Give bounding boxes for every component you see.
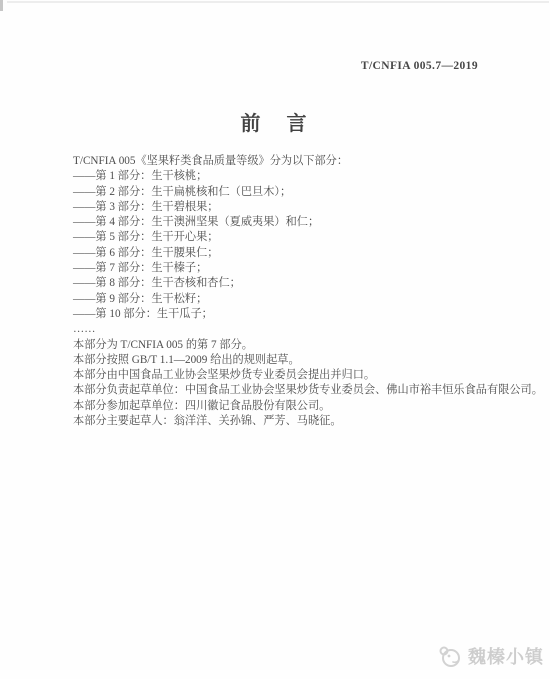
foreword-body: T/CNFIA 005《坚果籽类食品质量等级》分为以下部分： ——第 1 部分：… — [73, 154, 500, 429]
page-title: 前 言 — [0, 107, 550, 136]
part-item: ——第 3 部分：生干碧根果； — [73, 200, 500, 215]
part-item: ——第 9 部分：生干松籽； — [73, 292, 500, 307]
ellipsis-line: …… — [73, 322, 500, 337]
foreword-paragraph: 本部分按照 GB/T 1.1—2009 给出的规则起草。 — [73, 353, 500, 368]
intro-line: T/CNFIA 005《坚果籽类食品质量等级》分为以下部分： — [73, 154, 500, 169]
foreword-paragraph: 本部分由中国食品工业协会坚果炒货专业委员会提出并归口。 — [73, 368, 500, 383]
scan-corner-mark — [0, 0, 3, 11]
standard-number: T/CNFIA 005.7—2019 — [361, 60, 478, 72]
watermark: 魏榛小镇 — [437, 643, 544, 669]
scan-top-edge-line — [7, 1, 549, 3]
document-page: T/CNFIA 005.7—2019 前 言 T/CNFIA 005《坚果籽类食… — [0, 0, 550, 679]
foreword-paragraph: 本部分主要起草人：翁洋洋、关孙锦、严芳、马晓征。 — [73, 414, 500, 429]
part-item: ——第 5 部分：生干开心果； — [73, 230, 500, 245]
foreword-paragraph: 本部分负责起草单位：中国食品工业协会坚果炒货专业委员会、佛山市裕丰恒乐食品有限公… — [73, 383, 500, 398]
foreword-paragraph: 本部分为 T/CNFIA 005 的第 7 部分。 — [73, 338, 500, 353]
part-item: ——第 7 部分：生干榛子； — [73, 261, 500, 276]
watermark-label: 魏榛小镇 — [468, 643, 544, 669]
mascot-logo-icon — [437, 643, 463, 669]
foreword-paragraph: 本部分参加起草单位：四川徽记食品股份有限公司。 — [73, 399, 500, 414]
part-item: ——第 1 部分：生干核桃； — [73, 169, 500, 184]
part-item: ——第 8 部分：生干杏核和杏仁； — [73, 276, 500, 291]
part-item: ——第 2 部分：生干扁桃核和仁（巴旦木）； — [73, 185, 500, 200]
part-item: ——第 10 部分：生干瓜子； — [73, 307, 500, 322]
part-item: ——第 6 部分：生干腰果仁； — [73, 246, 500, 261]
part-item: ——第 4 部分：生干澳洲坚果（夏威夷果）和仁； — [73, 215, 500, 230]
